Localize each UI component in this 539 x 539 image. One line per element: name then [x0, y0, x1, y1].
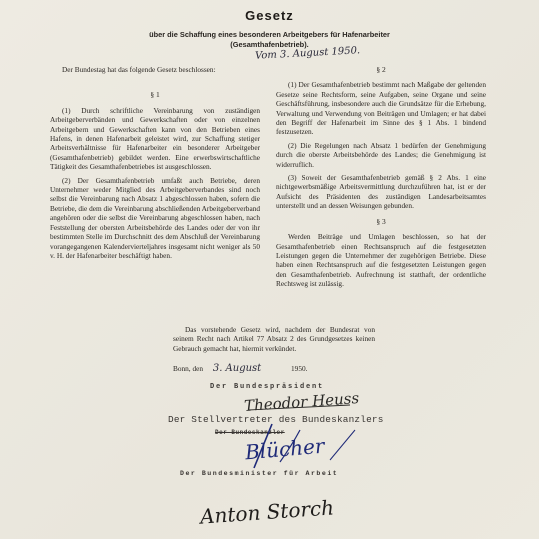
labour-minister-title: Der Bundesminister für Arbeit	[180, 470, 338, 477]
signature-flourish-icon	[0, 0, 539, 539]
document-page: Gesetz über die Schaffung eines besonder…	[0, 0, 539, 539]
